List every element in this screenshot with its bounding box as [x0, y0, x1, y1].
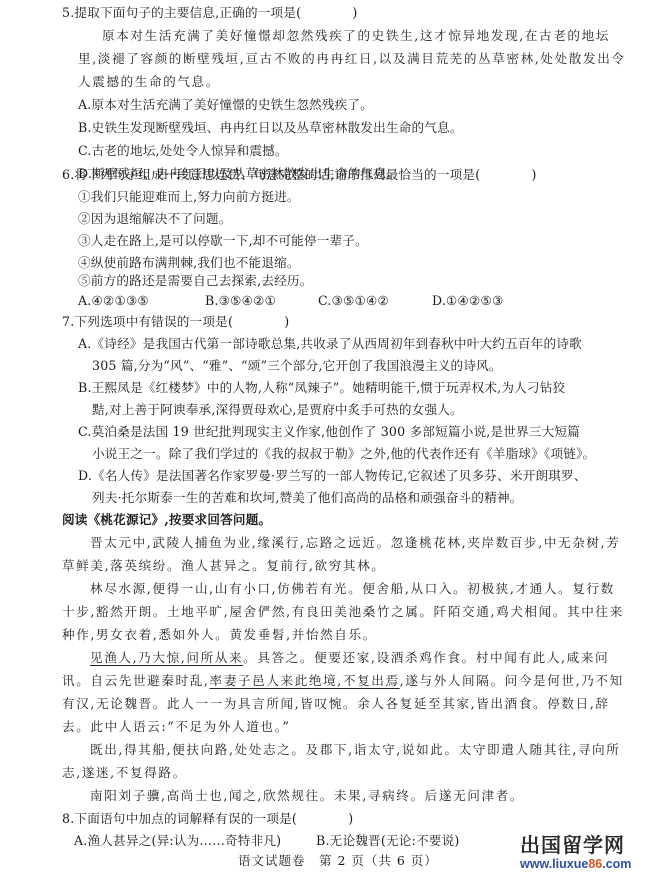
q6-sentence-5: ⑤前方的路还是需要自己去探索,去经历。	[78, 270, 313, 292]
watermark: 出国留学网 www.liuxue86.com	[520, 834, 659, 872]
q6-option-d: D.①④②⑤③	[432, 290, 504, 312]
reading-p1-line-2: 草鲜美,落英缤纷。渔人甚异之。复前行,欲穷其林。	[62, 555, 385, 577]
q5-passage-line-3: 人震撼的生命的气息。	[78, 71, 220, 93]
q6-option-a: A.④②①③⑤	[78, 290, 149, 312]
q5-option-b: B.史铁生发现断壁残垣、冉冉红日以及丛草密林散发出生命的气息。	[78, 117, 463, 139]
reading-p3-line-2: 讯。自云先世避秦时乱,率妻子邑人来此绝境,不复出焉,遂与外人间隔。问今是何世,乃…	[62, 670, 624, 692]
q6-sentence-2: ②因为退缩解决不了问题。	[78, 208, 232, 230]
q6-sentence-3: ③人走在路上,是可以停歇一下,却不可能停一辈子。	[78, 230, 368, 252]
watermark-url: www.liuxue86.com	[520, 856, 659, 872]
reading-p2-line-1: 林尽水源,便得一山,山有小口,仿佛若有光。便舍船,从口入。初极狭,才通人。复行数	[90, 578, 615, 600]
q8-stem: 8.下面语句中加点的词解释有误的一项是( )	[62, 808, 353, 830]
q7-option-a-line-2: 305 篇,分为“风”、“雅”、“颂”三个部分,它开创了我国浪漫主义的诗风。	[92, 355, 502, 377]
q5-passage-line-2: 里,淡褪了容颜的断壁残垣,亘古不败的冉冉红日,以及满目荒芜的丛草密林,处处散发出…	[78, 48, 626, 70]
q7-option-b-line-2: 黠,对上善于阿谀奉承,深得贾母欢心,是贾府中炙手可热的女强人。	[92, 399, 463, 421]
q6-option-c: C.③⑤①④②	[318, 290, 389, 312]
q7-option-a-line-1: A.《诗经》是我国古代第一部诗歌总集,共收录了从西周初年到春秋中叶大约五百年的诗…	[78, 333, 582, 355]
reading-p5-line-1: 南阳刘子骥,高尚士也,闻之,欣然规往。未果,寻病终。后遂无问津者。	[90, 785, 524, 807]
reading-p4-line-2: 志,遂迷,不复得路。	[62, 762, 187, 784]
reading-heading: 阅读《桃花源记》,按要求回答问题。	[62, 509, 271, 531]
reading-p3-line-3: 有汉,无论魏晋。此人一一为具言所闻,皆叹惋。余人各复延至其家,皆出酒食。停数日,…	[62, 693, 610, 715]
underlined-sentence-2: 率妻子邑人来此绝境,不复出焉	[210, 673, 400, 688]
q7-option-c-line-1: C.莫泊桑是法国 19 世纪批判现实主义作家,他创作了 300 多部短篇小说,是…	[78, 421, 580, 443]
q7-option-c-line-2: 小说王之一。除了我们学过的《我的叔叔于勒》之外,他的代表作还有《羊脂球》《项链》…	[92, 443, 595, 465]
reading-p3-line-1: 见渔人,乃大惊,问所从来。具答之。便要还家,设酒杀鸡作食。村中闻有此人,咸来问	[90, 647, 609, 669]
exam-page: 5.提取下面句子的主要信息,正确的一项是( ) 原本对生活充满了美好憧憬却忽然残…	[0, 0, 659, 873]
q8-option-a: A.渔人甚异之(异:认为……奇特非凡)	[74, 830, 281, 852]
q6-stem: 6.将下列句子组成一段意思连贯、句意完整的话,语序排列最恰当的一项是( )	[62, 164, 537, 186]
page-footer: 语文试题卷 第 2 页（共 6 页）	[238, 850, 438, 872]
reading-p3-line-4: 去。此中人语云:“不足为外人道也。”	[62, 716, 291, 738]
q6-sentence-1: ①我们只能迎难而上,努力向前方挺进。	[78, 186, 300, 208]
q5-passage-line-1: 原本对生活充满了美好憧憬却忽然残疾了的史铁生,这才惊异地发现,在古老的地坛	[102, 25, 610, 47]
watermark-name: 出国留学网	[520, 834, 659, 856]
reading-p1-line-1: 晋太元中,武陵人捕鱼为业,缘溪行,忘路之远近。忽逢桃花林,夹岸数百步,中无杂树,…	[90, 532, 620, 554]
underlined-sentence-1: 见渔人,乃大惊,问所从来	[90, 650, 243, 665]
q7-stem: 7.下列选项中有错误的一项是( )	[62, 311, 289, 333]
reading-p4-line-1: 既出,得其船,便扶向路,处处志之。及郡下,诣太守,说如此。太守即遣人随其往,寻向…	[90, 739, 620, 761]
q5-option-c: C.古老的地坛,处处令人惊异和震撼。	[78, 140, 288, 162]
q7-option-b-line-1: B.王熙凤是《红楼梦》中的人物,人称“凤辣子”。她精明能干,惯于玩弄权术,为人刁…	[78, 377, 565, 399]
q7-option-d-line-1: D.《名人传》是法国著名作家罗曼·罗兰写的一部人物传记,它叙述了贝多芬、米开朗琪…	[78, 465, 587, 487]
q8-option-b: B.无论魏晋(无论:不要说)	[316, 830, 459, 852]
q5-option-a: A.原本对生活充满了美好憧憬的史铁生忽然残疾了。	[78, 94, 373, 116]
reading-p2-line-3: 种作,男女衣着,悉如外人。黄发垂髫,并怡然自乐。	[62, 624, 377, 646]
q6-option-b: B.③⑤④②①	[205, 290, 276, 312]
reading-p2-line-2: 十步,豁然开朗。土地平旷,屋舍俨然,有良田美池桑竹之属。阡陌交通,鸡犬相闻。其中…	[62, 601, 624, 623]
q5-stem: 5.提取下面句子的主要信息,正确的一项是( )	[62, 2, 358, 24]
q7-option-d-line-2: 列夫·托尔斯泰一生的苦难和坎坷,赞美了他们高尚的品格和顽强奋斗的精神。	[92, 487, 523, 509]
